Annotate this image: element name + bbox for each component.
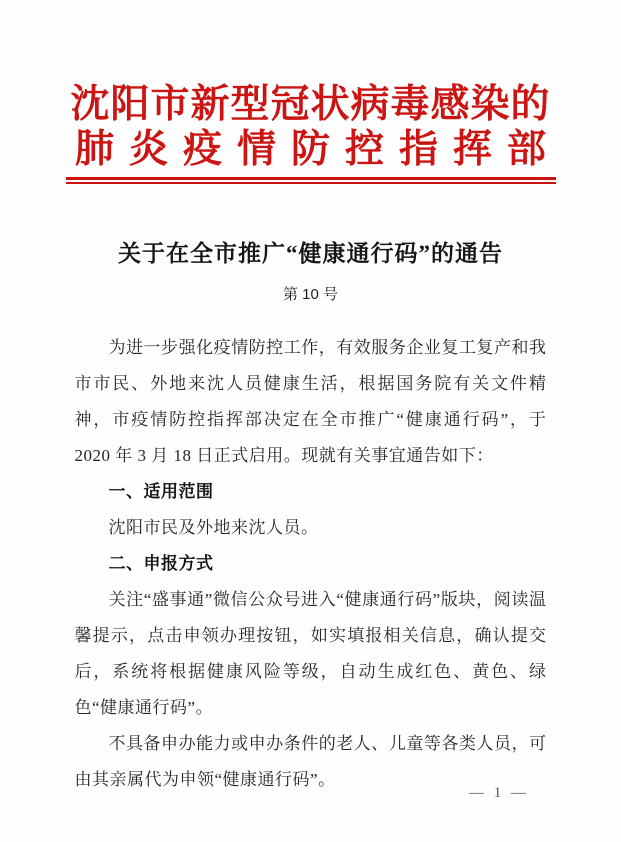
- page-number: — 1 —: [469, 785, 529, 802]
- letterhead: 沈阳市新型冠状病毒感染的 肺炎疫情防控指挥部: [0, 0, 621, 184]
- paragraph-application-method: 关注“盛事通”微信公众号进入“健康通行码”版块，阅读温馨提示，点击申领办理按钮，…: [75, 582, 547, 726]
- org-name-line-2: 肺炎疫情防控指挥部: [15, 127, 621, 172]
- org-name-line-1: 沈阳市新型冠状病毒感染的: [0, 82, 621, 127]
- paragraph-intro: 为进一步强化疫情防控工作，有效服务企业复工复产和我市市民、外地来沈人员健康生活，…: [75, 330, 547, 474]
- notice-body: 为进一步强化疫情防控工作，有效服务企业复工复产和我市市民、外地来沈人员健康生活，…: [75, 330, 547, 798]
- notice-title: 关于在全市推广“健康通行码”的通告: [0, 240, 621, 267]
- section-heading-scope: 一、适用范围: [75, 474, 547, 510]
- document-page: 沈阳市新型冠状病毒感染的 肺炎疫情防控指挥部 关于在全市推广“健康通行码”的通告…: [0, 0, 621, 842]
- divider-thick-line: [66, 177, 556, 180]
- letterhead-divider: [66, 177, 556, 184]
- divider-thin-line: [66, 182, 556, 184]
- doc-number: 第 10 号: [0, 286, 621, 304]
- paragraph-scope: 沈阳市民及外地来沈人员。: [75, 510, 547, 546]
- section-heading-application: 二、申报方式: [75, 546, 547, 582]
